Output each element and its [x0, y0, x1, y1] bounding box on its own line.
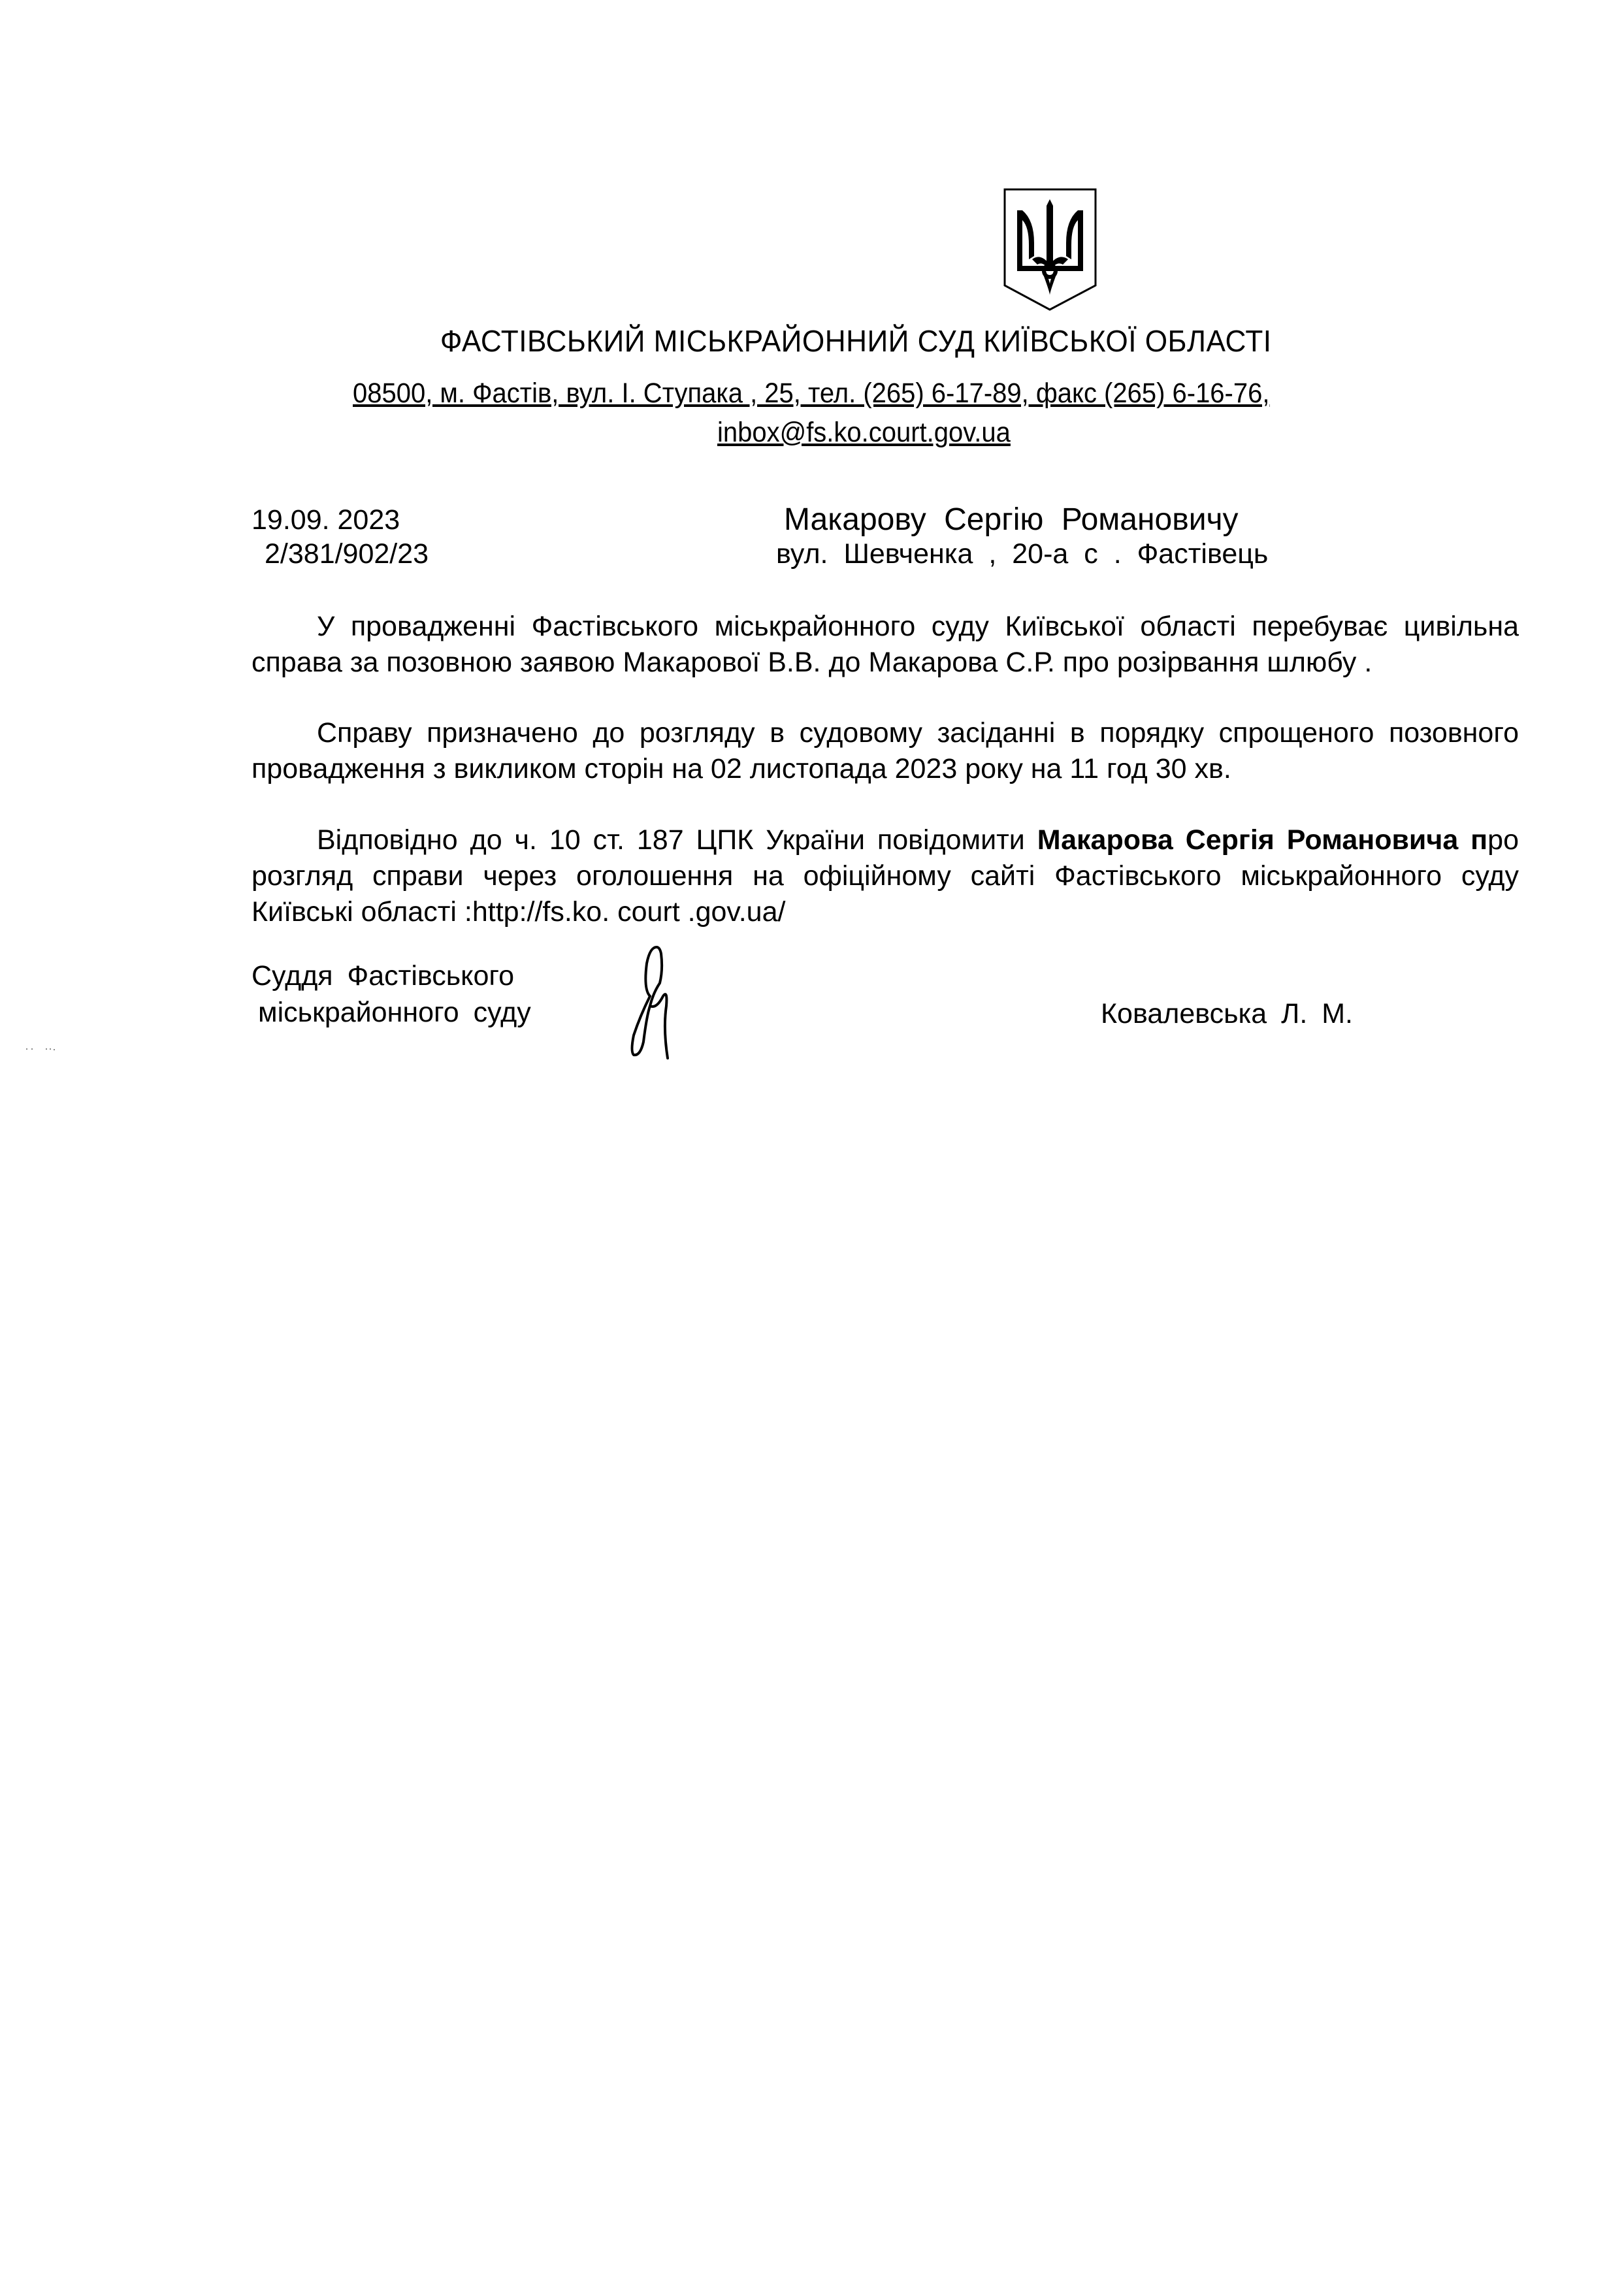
paragraph-2-text: Справу призначено до розгляду в судовому…	[252, 717, 1519, 784]
court-address: 08500, м. Фастів, вул. І. Ступака , 25, …	[353, 378, 1269, 410]
paragraph-hearing-schedule: Справу призначено до розгляду в судовому…	[252, 715, 1519, 787]
recipient-name: Макарову Сергію Романовичу	[784, 502, 1239, 538]
outgoing-number: 2/381/902/23	[265, 538, 429, 570]
paragraph-3-text-pre: Відповідно до ч. 10 ст. 187 ЦПК України …	[317, 824, 1037, 856]
judge-name: Ковалевська Л. М.	[1101, 998, 1353, 1030]
paragraph-notification: Відповідно до ч. 10 ст. 187 ЦПК України …	[252, 822, 1519, 930]
judge-title-line1: Суддя Фастівського	[252, 960, 514, 992]
paragraph-case-info: У провадженні Фастівського міськрайонног…	[252, 609, 1519, 681]
judge-title-line2: міськрайонного суду	[258, 997, 531, 1029]
recipient-address: вул. Шевченка , 20-а с . Фастівець	[776, 538, 1268, 570]
scan-speck-decoration	[26, 1042, 72, 1046]
handwritten-signature-icon	[621, 944, 699, 1061]
ukraine-coat-of-arms-icon	[1003, 187, 1097, 312]
paragraph-1-text: У провадженні Фастівського міськрайонног…	[252, 611, 1519, 678]
letter-date: 19.09. 2023	[252, 504, 400, 536]
court-name-heading: ФАСТІВСЬКИЙ МІСЬКРАЙОННИЙ СУД КИЇВСЬКОЇ …	[33, 323, 1592, 359]
defendant-name-bold: Макарова Сергія Романовича п	[1037, 824, 1487, 856]
court-email-link[interactable]: inbox@fs.ko.court.gov.ua	[717, 417, 1011, 449]
